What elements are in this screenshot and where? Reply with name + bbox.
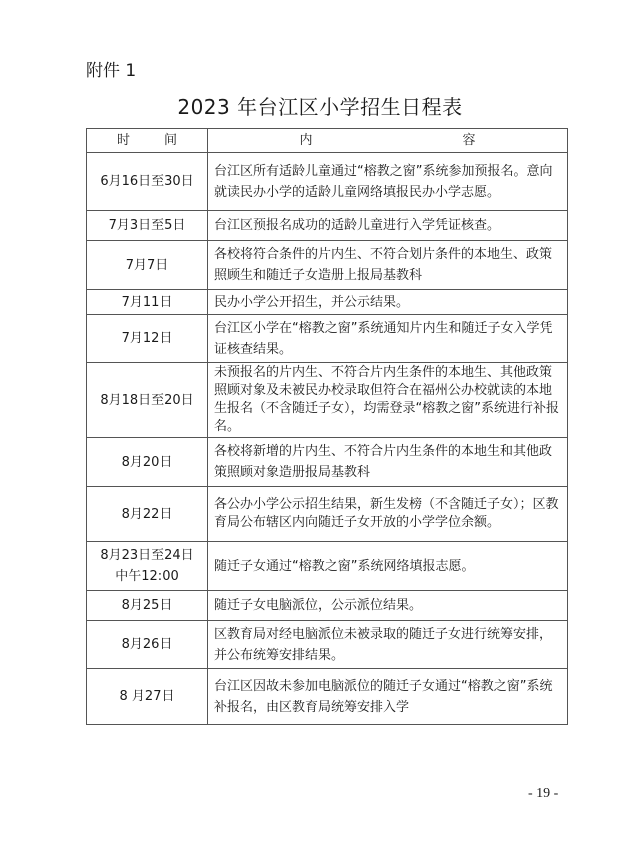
row-time: 8月26日	[87, 621, 208, 669]
table-row: 8月25日 随迁子女电脑派位，公示派位结果。	[87, 591, 568, 621]
table-row: 7月12日 台江区小学在“榕教之窗”系统通知片内生和随迁子女入学凭证核查结果。	[87, 315, 568, 363]
table-row: 8月26日 区教育局对经电脑派位未被录取的随迁子女进行统筹安排，并公布统筹安排结…	[87, 621, 568, 669]
row-content: 区教育局对经电脑派位未被录取的随迁子女进行统筹安排，并公布统筹安排结果。	[208, 621, 568, 669]
row-time: 8月25日	[87, 591, 208, 621]
row-time: 7月7日	[87, 241, 208, 290]
schedule-table: 时间 内容 6月16日至30日 台江区所有适龄儿童通过“榕教之窗”系统参加预报名…	[86, 128, 568, 725]
row-content: 台江区小学在“榕教之窗”系统通知片内生和随迁子女入学凭证核查结果。	[208, 315, 568, 363]
table-row: 8月23日至24日 中午12:00 随迁子女通过“榕教之窗”系统网络填报志愿。	[87, 542, 568, 591]
table-row: 7月7日 各校将符合条件的片内生、不符合划片条件的本地生、政策照顾生和随迁子女造…	[87, 241, 568, 290]
row-time: 8 月27日	[87, 669, 208, 725]
row-time: 8月22日	[87, 487, 208, 542]
header-time-char1: 时	[117, 133, 130, 148]
row-time: 7月12日	[87, 315, 208, 363]
row-time-line1: 8月23日至24日	[87, 545, 207, 566]
header-content-char2: 容	[463, 133, 476, 148]
row-content: 各校将新增的片内生、不符合片内生条件的本地生和其他政策照顾对象造册报局基教科	[208, 438, 568, 487]
table-row: 8月22日 各公办小学公示招生结果，新生发榜（不含随迁子女）；区教育局公布辖区内…	[87, 487, 568, 542]
row-time-line2: 中午12:00	[87, 566, 207, 587]
row-content: 随迁子女通过“榕教之窗”系统网络填报志愿。	[208, 542, 568, 591]
row-content: 未预报名的片内生、不符合片内生条件的本地生、其他政策照顾对象及未被民办校录取但符…	[208, 363, 568, 438]
row-content: 各校将符合条件的片内生、不符合划片条件的本地生、政策照顾生和随迁子女造册上报局基…	[208, 241, 568, 290]
row-time: 7月11日	[87, 290, 208, 315]
table-row: 7月11日 民办小学公开招生，并公示结果。	[87, 290, 568, 315]
row-content: 各公办小学公示招生结果，新生发榜（不含随迁子女）；区教育局公布辖区内向随迁子女开…	[208, 487, 568, 542]
row-content: 台江区所有适龄儿童通过“榕教之窗”系统参加预报名。意向就读民办小学的适龄儿童网络…	[208, 153, 568, 211]
page-number: - 19 -	[528, 786, 558, 802]
row-time: 6月16日至30日	[87, 153, 208, 211]
header-content: 内容	[208, 129, 568, 153]
row-content: 随迁子女电脑派位，公示派位结果。	[208, 591, 568, 621]
header-time-char2: 间	[164, 133, 177, 148]
row-time: 8月23日至24日 中午12:00	[87, 542, 208, 591]
row-time: 8月18日至20日	[87, 363, 208, 438]
table-row: 7月3日至5日 台江区预报名成功的适龄儿童进行入学凭证核查。	[87, 211, 568, 241]
attachment-label: 附件 1	[86, 56, 136, 81]
table-header-row: 时间 内容	[87, 129, 568, 153]
row-time: 7月3日至5日	[87, 211, 208, 241]
header-content-char1: 内	[299, 133, 312, 148]
table-row: 6月16日至30日 台江区所有适龄儿童通过“榕教之窗”系统参加预报名。意向就读民…	[87, 153, 568, 211]
page-title: 2023 年台江区小学招生日程表	[0, 91, 640, 120]
table-row: 8月20日 各校将新增的片内生、不符合片内生条件的本地生和其他政策照顾对象造册报…	[87, 438, 568, 487]
header-time: 时间	[87, 129, 208, 153]
row-content: 民办小学公开招生，并公示结果。	[208, 290, 568, 315]
row-content: 台江区预报名成功的适龄儿童进行入学凭证核查。	[208, 211, 568, 241]
row-time: 8月20日	[87, 438, 208, 487]
table-row: 8 月27日 台江区因故未参加电脑派位的随迁子女通过“榕教之窗”系统补报名，由区…	[87, 669, 568, 725]
row-content: 台江区因故未参加电脑派位的随迁子女通过“榕教之窗”系统补报名，由区教育局统筹安排…	[208, 669, 568, 725]
table-row: 8月18日至20日 未预报名的片内生、不符合片内生条件的本地生、其他政策照顾对象…	[87, 363, 568, 438]
